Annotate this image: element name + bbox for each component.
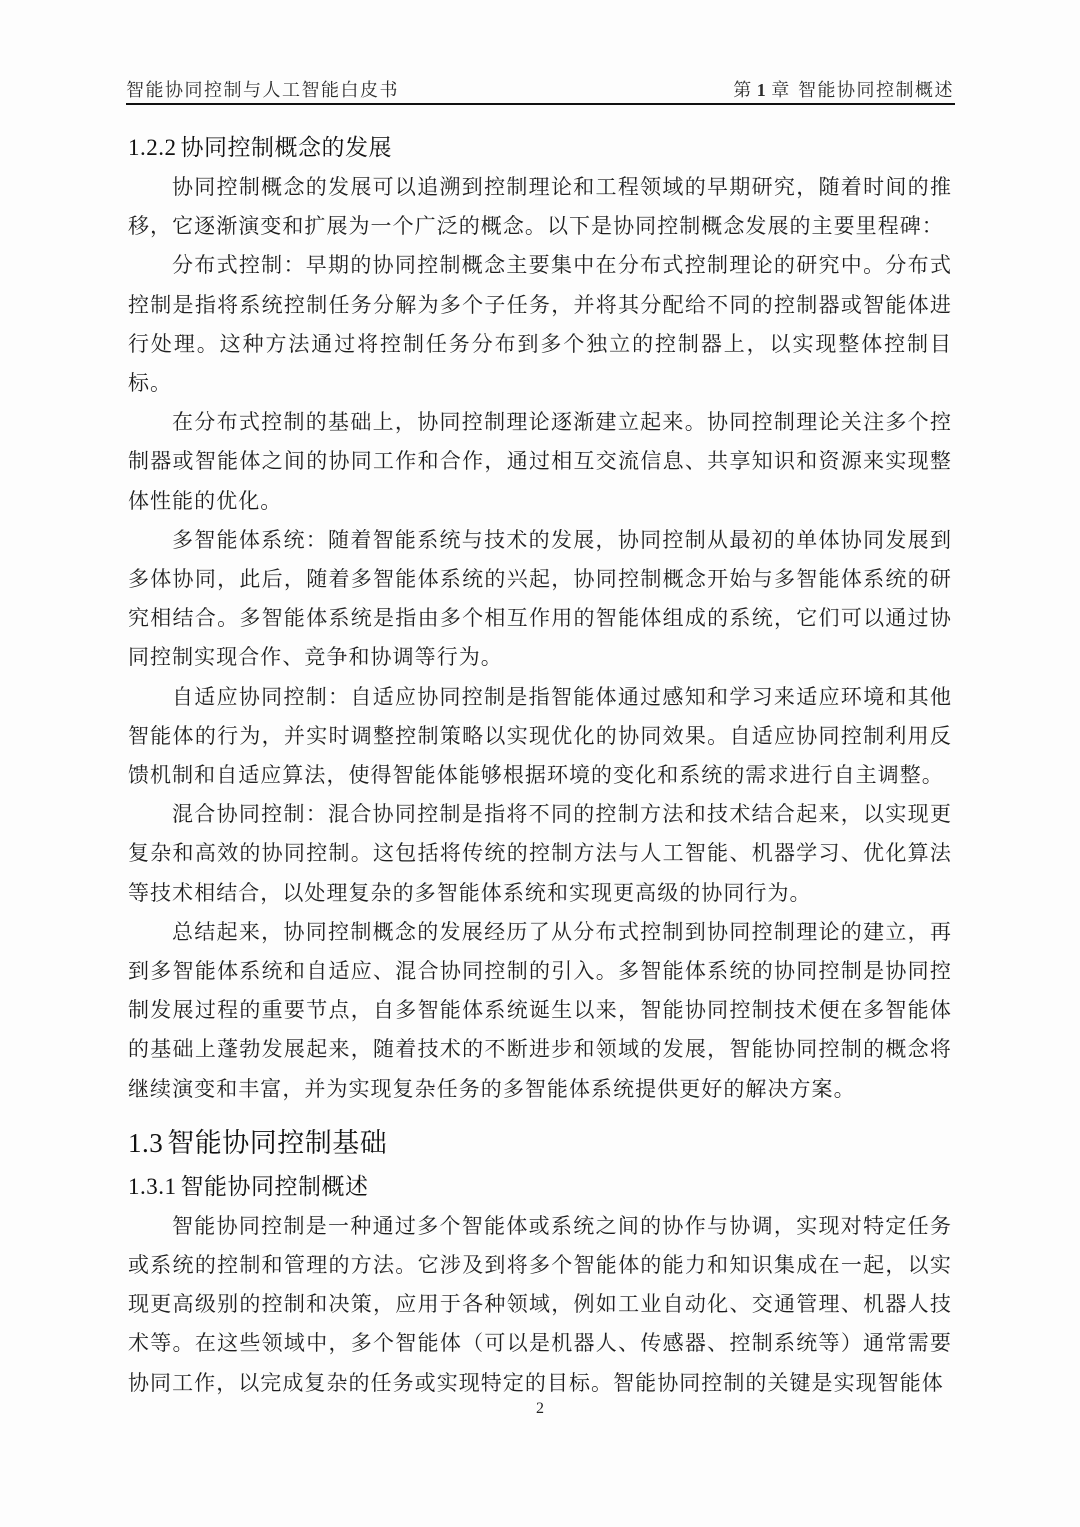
section-number: 1.3 bbox=[128, 1128, 163, 1158]
paragraph: 协同控制概念的发展可以追溯到控制理论和工程领域的早期研究，随着时间的推移，它逐渐… bbox=[128, 168, 952, 246]
page-content: 1.2.2协同控制概念的发展 协同控制概念的发展可以追溯到控制理论和工程领域的早… bbox=[128, 128, 952, 1403]
running-header: 智能协同控制与人工智能白皮书 第1章 智能协同控制概述 bbox=[126, 74, 954, 102]
paragraph: 在分布式控制的基础上，协同控制理论逐渐建立起来。协同控制理论关注多个控制器或智能… bbox=[128, 403, 952, 521]
section-number: 1.2.2 bbox=[128, 135, 177, 160]
paragraph-multi-agent-systems: 多智能体系统：随着智能系统与技术的发展，协同控制从最初的单体协同发展到多体协同，… bbox=[128, 521, 952, 678]
section-heading-1-2-2: 1.2.2协同控制概念的发展 bbox=[128, 128, 952, 168]
chapter-heading: 第1章 智能协同控制概述 bbox=[733, 76, 954, 102]
paragraph-distributed-control: 分布式控制：早期的协同控制概念主要集中在分布式控制理论的研究中。分布式控制是指将… bbox=[128, 246, 952, 403]
chapter-title: 智能协同控制概述 bbox=[798, 80, 954, 101]
section-title: 智能协同控制基础 bbox=[167, 1128, 387, 1159]
book-title: 智能协同控制与人工智能白皮书 bbox=[126, 76, 399, 102]
chapter-number: 1 bbox=[757, 80, 768, 100]
section-number: 1.3.1 bbox=[128, 1174, 177, 1199]
paragraph: 智能协同控制是一种通过多个智能体或系统之间的协作与协调，实现对特定任务或系统的控… bbox=[128, 1207, 952, 1403]
page-number: 2 bbox=[0, 1400, 1080, 1418]
paragraph-hybrid-control: 混合协同控制：混合协同控制是指将不同的控制方法和技术结合起来，以实现更复杂和高效… bbox=[128, 795, 952, 913]
paragraph-summary: 总结起来，协同控制概念的发展经历了从分布式控制到协同控制理论的建立，再到多智能体… bbox=[128, 913, 952, 1109]
chapter-prefix: 第 bbox=[733, 80, 753, 101]
paragraph-adaptive-control: 自适应协同控制：自适应协同控制是指智能体通过感知和学习来适应环境和其他智能体的行… bbox=[128, 678, 952, 796]
section-heading-1-3-1: 1.3.1智能协同控制概述 bbox=[128, 1167, 952, 1207]
section-title: 智能协同控制概述 bbox=[181, 1174, 369, 1200]
section-title: 协同控制概念的发展 bbox=[181, 135, 393, 161]
chapter-suffix: 章 bbox=[771, 80, 791, 101]
document-page: 智能协同控制与人工智能白皮书 第1章 智能协同控制概述 1.2.2协同控制概念的… bbox=[0, 0, 1080, 1527]
header-divider bbox=[126, 103, 955, 105]
section-heading-1-3: 1.3智能协同控制基础 bbox=[128, 1119, 952, 1167]
